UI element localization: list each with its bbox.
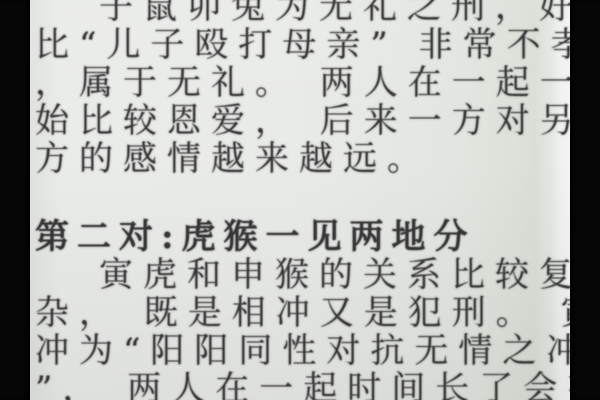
section-heading: 第二对:虎猴一见两地分 bbox=[35, 218, 570, 256]
document-page: 子鼠卯兔为无礼之刑，好 比“儿子殴打母亲” 非常不孝 ，属于无礼。 两人在一起一… bbox=[30, 0, 570, 400]
paragraph1-line-3: ，属于无礼。 两人在一起一开 bbox=[35, 64, 570, 102]
paragraph1-line-5: 方的感情越来越远。 bbox=[35, 140, 570, 178]
paragraph2-line-2: 杂， 既是相冲又是犯刑。 寅申 bbox=[35, 294, 570, 332]
paragraph1-line-2: 比“儿子殴打母亲” 非常不孝 bbox=[35, 26, 570, 64]
left-letterbox-bar bbox=[0, 0, 30, 400]
text-block: 子鼠卯兔为无礼之刑，好 比“儿子殴打母亲” 非常不孝 ，属于无礼。 两人在一起一… bbox=[35, 0, 570, 400]
paragraph2-line-3: 冲为“阳阳同性对抗无情之冲 bbox=[35, 332, 570, 370]
right-letterbox-bar bbox=[570, 0, 600, 400]
paragraph1-line-1: 子鼠卯兔为无礼之刑，好 bbox=[35, 0, 570, 26]
paragraph2-line-4: ”， 两人在一起时间长了会有 bbox=[35, 370, 570, 400]
paragraph1-line-4: 始比较恩爱， 后来一方对另一 bbox=[35, 102, 570, 140]
video-frame: 子鼠卯兔为无礼之刑，好 比“儿子殴打母亲” 非常不孝 ，属于无礼。 两人在一起一… bbox=[0, 0, 600, 400]
paragraph2-line-1: 寅虎和申猴的关系比较复 bbox=[35, 256, 570, 294]
